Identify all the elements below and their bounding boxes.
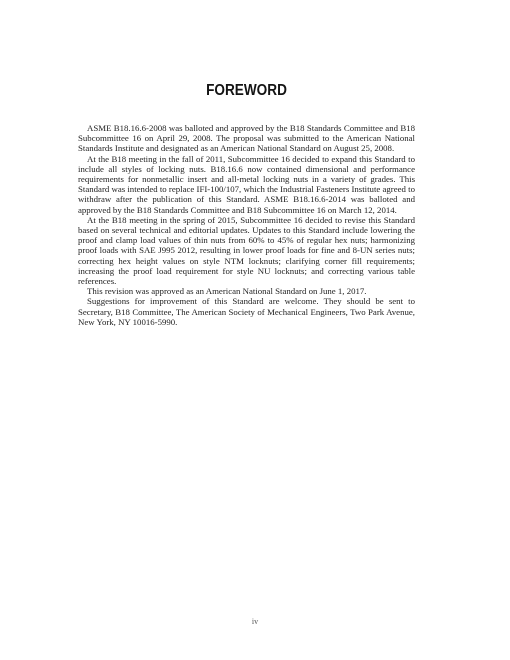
paragraph-approval-2008: ASME B18.16.6-2008 was balloted and appr… bbox=[78, 123, 415, 154]
paragraph-expansion-2011: At the B18 meeting in the fall of 2011, … bbox=[78, 154, 415, 215]
paragraph-approval-2017: This revision was approved as an America… bbox=[78, 286, 415, 296]
page-number: iv bbox=[0, 617, 510, 626]
paragraph-suggestions: Suggestions for improvement of this Stan… bbox=[78, 296, 415, 327]
page-title: FOREWORD bbox=[103, 83, 389, 98]
document-page: FOREWORD ASME B18.16.6-2008 was balloted… bbox=[0, 0, 510, 660]
paragraph-revision-2015: At the B18 meeting in the spring of 2015… bbox=[78, 215, 415, 286]
foreword-body: ASME B18.16.6-2008 was balloted and appr… bbox=[78, 123, 415, 327]
